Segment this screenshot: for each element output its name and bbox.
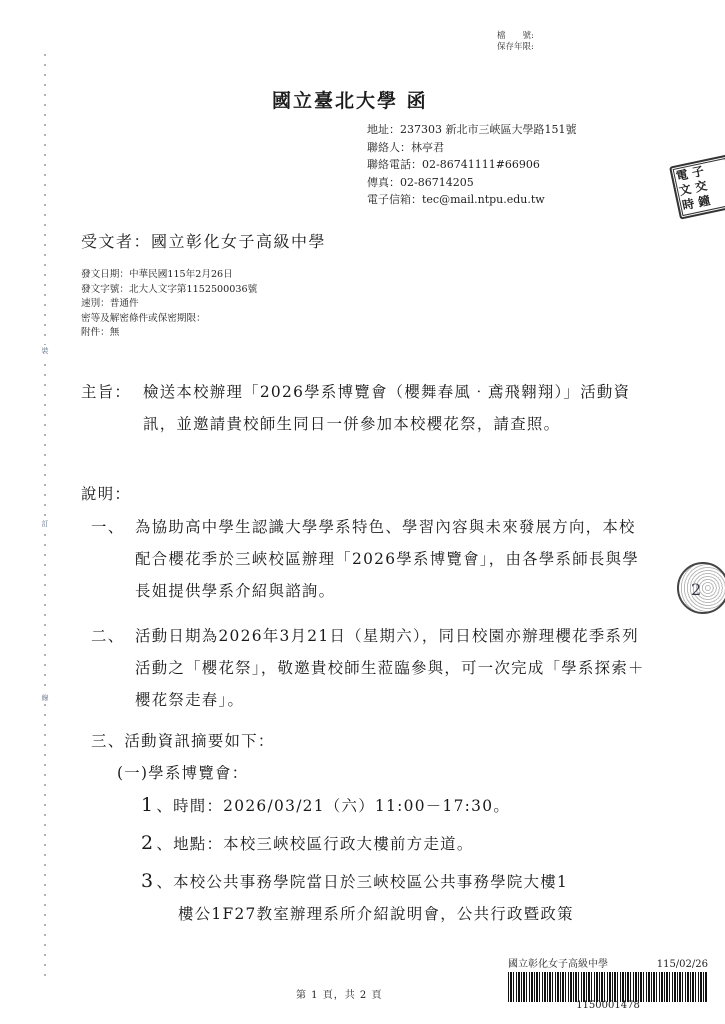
explanation-label: 說明： bbox=[81, 482, 131, 504]
document-meta: 發文日期：中華民國115年2月26日 發文字號：北大人文字第1152500036… bbox=[81, 268, 257, 341]
point-text: 、時間：2026/03/21（六）11:00－17:30。 bbox=[156, 797, 510, 815]
receipt-stamp: 國立彰化女子高級中學 115/02/26 1150001478 bbox=[508, 958, 725, 1011]
item-body: 活動資訊摘要如下： bbox=[124, 732, 274, 750]
expo-point-time: 1、時間：2026/03/21（六）11:00－17:30。 bbox=[141, 789, 510, 822]
issue-date: 發文日期：中華民國115年2月26日 bbox=[81, 268, 257, 283]
binding-mark-staple: 裝 bbox=[39, 345, 51, 357]
binding-mark-line: 線 bbox=[39, 692, 51, 704]
point-number: 3 bbox=[141, 870, 154, 892]
item-number: 三、 bbox=[91, 732, 124, 750]
page-seal-stamp: 2 bbox=[677, 562, 725, 614]
email: 電子信箱：tec@mail.ntpu.edu.tw bbox=[367, 191, 576, 209]
barcode-number: 1150001478 bbox=[508, 1001, 708, 1011]
barcode bbox=[508, 972, 708, 1002]
point-text: 、本校公共事務學院當日於三峽校區公共事務學院大樓1 bbox=[156, 873, 568, 891]
receipt-school: 國立彰化女子高級中學 bbox=[508, 958, 608, 972]
issue-number: 發文字號：北大人文字第1152500036號 bbox=[81, 283, 257, 298]
explanation-item-3: 三、活動資訊摘要如下： bbox=[91, 725, 275, 757]
explanation-item-2: 二、 活動日期為2026年3月21日（星期六），同日校園亦辦理櫻花季系列活動之「… bbox=[91, 620, 651, 716]
subject: 主旨： 檢送本校辦理「2026學系博覽會（櫻舞春風‧鳶飛翱翔）」活動資訊，並邀請… bbox=[81, 376, 661, 440]
file-info: 檔 號: 保存年限: bbox=[497, 31, 534, 53]
item-body: 為協助高中學生認識大學學系特色、學習內容與未來發展方向，本校配合櫻花季於三峽校區… bbox=[135, 511, 647, 607]
retention-period-label: 保存年限: bbox=[497, 42, 534, 53]
file-number-label: 檔 號: bbox=[497, 31, 534, 42]
expo-point-info-session: 3、本校公共事務學院當日於三峽校區公共事務學院大樓1 樓公1F27教室辦理系所介… bbox=[141, 865, 661, 930]
fax: 傳真：02-86714205 bbox=[367, 174, 576, 192]
item-number: 一、 bbox=[91, 511, 124, 543]
subject-label: 主旨： bbox=[81, 376, 131, 408]
binding-mark-order: 訂 bbox=[39, 518, 51, 530]
binding-dotted-line bbox=[44, 50, 46, 977]
point-text-continued: 樓公1F27教室辦理系所介紹說明會，公共行政暨政策 bbox=[141, 898, 661, 930]
urgency: 速別：普通件 bbox=[81, 297, 257, 312]
item-body: 活動日期為2026年3月21日（星期六），同日校園亦辦理櫻花季系列活動之「櫻花祭… bbox=[135, 620, 647, 716]
expo-point-location: 2、地點：本校三峽校區行政大樓前方走道。 bbox=[141, 827, 474, 860]
subject-body: 檢送本校辦理「2026學系博覽會（櫻舞春風‧鳶飛翱翔）」活動資訊，並邀請貴校師生… bbox=[143, 376, 653, 440]
point-number: 1 bbox=[141, 794, 154, 816]
explanation-item-1: 一、 為協助高中學生認識大學學系特色、學習內容與未來發展方向，本校配合櫻花季於三… bbox=[91, 511, 651, 607]
sub-section-expo: (一)學系博覽會： bbox=[117, 757, 248, 789]
contact-block: 地址：237303 新北市三峽區大學路151號 聯絡人：林亭君 聯絡電話：02-… bbox=[367, 121, 576, 209]
contact-phone: 聯絡電話：02-86741111#66906 bbox=[367, 156, 576, 174]
contact-person: 聯絡人：林亭君 bbox=[367, 139, 576, 157]
address: 地址：237303 新北市三峽區大學路151號 bbox=[367, 121, 576, 139]
classification: 密等及解密條件或保密期限： bbox=[81, 312, 257, 327]
point-text: 、地點：本校三峽校區行政大樓前方走道。 bbox=[156, 835, 473, 853]
page-number: 第 1 頁，共 2 頁 bbox=[296, 986, 382, 1001]
point-number: 2 bbox=[141, 832, 154, 854]
receipt-date: 115/02/26 bbox=[657, 958, 708, 972]
edoc-timestamp-stamp: 電 子文 交時 鐘 bbox=[669, 154, 725, 219]
item-number: 二、 bbox=[91, 620, 124, 652]
recipient: 受文者：國立彰化女子高級中學 bbox=[81, 229, 326, 252]
attachment: 附件：無 bbox=[81, 326, 257, 341]
document-title: 國立臺北大學 函 bbox=[272, 86, 428, 113]
